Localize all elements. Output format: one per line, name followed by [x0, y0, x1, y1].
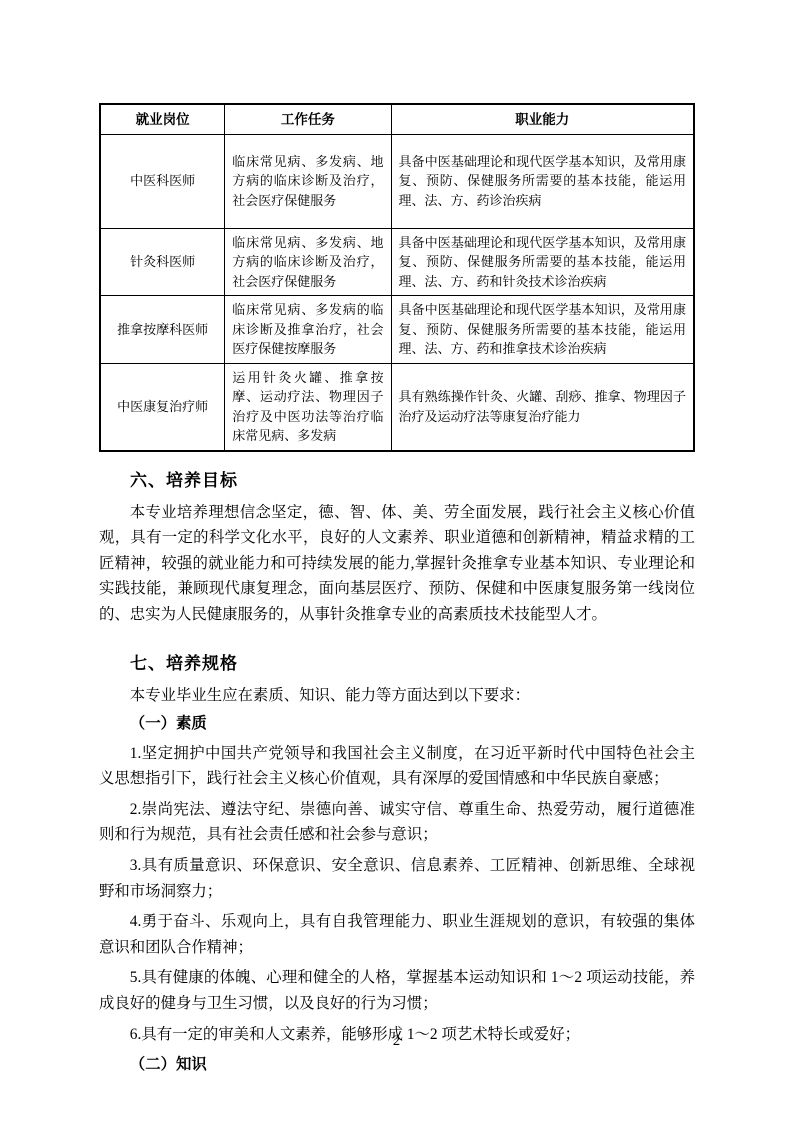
cell-tasks: 临床常见病、多发病的临床诊断及推拿治疗，社会医疗保健按摩服务 — [225, 296, 391, 364]
quality-item-2: 2.崇尚宪法、遵法守纪、崇德向善、诚实守信、尊重生命、热爱劳动，履行道德准则和行… — [99, 797, 695, 848]
document-page: 就业岗位 工作任务 职业能力 中医科医师 临床常见病、多发病、地方病的临床诊断及… — [0, 0, 793, 1122]
table-row: 推拿按摩科医师 临床常见病、多发病的临床诊断及推拿治疗，社会医疗保健按摩服务 具… — [100, 296, 694, 364]
training-spec-intro: 本专业毕业生应在素质、知识、能力等方面达到以下要求： — [99, 683, 695, 709]
quality-item-4: 4.勇于奋斗、乐观向上，具有自我管理能力、职业生涯规划的意识，有较强的集体意识和… — [99, 909, 695, 960]
table-header-tasks: 工作任务 — [225, 104, 391, 134]
sub-heading-knowledge: （二）知识 — [99, 1052, 695, 1078]
cell-tasks: 临床常见病、多发病、地方病的临床诊断及治疗，社会医疗保健服务 — [225, 228, 391, 296]
cell-abilities: 具有熟练操作针灸、火罐、刮痧、推拿、物理因子治疗及运动疗法等康复治疗能力 — [391, 363, 694, 451]
table-row: 针灸科医师 临床常见病、多发病、地方病的临床诊断及治疗，社会医疗保健服务 具备中… — [100, 228, 694, 296]
cell-tasks: 运用针灸火罐、推拿按摩、运动疗法、物理因子治疗及中医功法等治疗临床常见病、多发病 — [225, 363, 391, 451]
table-header-position: 就业岗位 — [100, 104, 225, 134]
page-number: 2 — [0, 1033, 793, 1050]
quality-item-3: 3.具有质量意识、环保意识、安全意识、信息素养、工匠精神、创新思维、全球视野和市… — [99, 853, 695, 904]
table-row: 中医康复治疗师 运用针灸火罐、推拿按摩、运动疗法、物理因子治疗及中医功法等治疗临… — [100, 363, 694, 451]
training-goal-paragraph: 本专业培养理想信念坚定，德、智、体、美、劳全面发展，践行社会主义核心价值观，具有… — [99, 500, 695, 628]
cell-position: 中医康复治疗师 — [100, 363, 225, 451]
section-heading-training-spec: 七、培养规格 — [99, 649, 695, 674]
cell-tasks: 临床常见病、多发病、地方病的临床诊断及治疗，社会医疗保健服务 — [225, 134, 391, 228]
table-header-row: 就业岗位 工作任务 职业能力 — [100, 104, 694, 134]
cell-position: 针灸科医师 — [100, 228, 225, 296]
section-heading-training-goal: 六、培养目标 — [99, 466, 695, 491]
quality-item-5: 5.具有健康的体魄、心理和健全的人格，掌握基本运动知识和 1～2 项运动技能，养… — [99, 965, 695, 1016]
document-content: 就业岗位 工作任务 职业能力 中医科医师 临床常见病、多发病、地方病的临床诊断及… — [99, 103, 695, 1082]
cell-position: 中医科医师 — [100, 134, 225, 228]
cell-abilities: 具备中医基础理论和现代医学基本知识，及常用康复、预防、保健服务所需要的基本技能，… — [391, 134, 694, 228]
cell-position: 推拿按摩科医师 — [100, 296, 225, 364]
cell-abilities: 具备中医基础理论和现代医学基本知识，及常用康复、预防、保健服务所需要的基本技能，… — [391, 296, 694, 364]
sub-heading-quality: （一）素质 — [99, 711, 695, 737]
jobs-table: 就业岗位 工作任务 职业能力 中医科医师 临床常见病、多发病、地方病的临床诊断及… — [99, 103, 695, 452]
cell-abilities: 具备中医基础理论和现代医学基本知识，及常用康复、预防、保健服务所需要的基本技能，… — [391, 228, 694, 296]
quality-item-1: 1.坚定拥护中国共产党领导和我国社会主义制度，在习近平新时代中国特色社会主义思想… — [99, 741, 695, 792]
table-row: 中医科医师 临床常见病、多发病、地方病的临床诊断及治疗，社会医疗保健服务 具备中… — [100, 134, 694, 228]
table-header-abilities: 职业能力 — [391, 104, 694, 134]
